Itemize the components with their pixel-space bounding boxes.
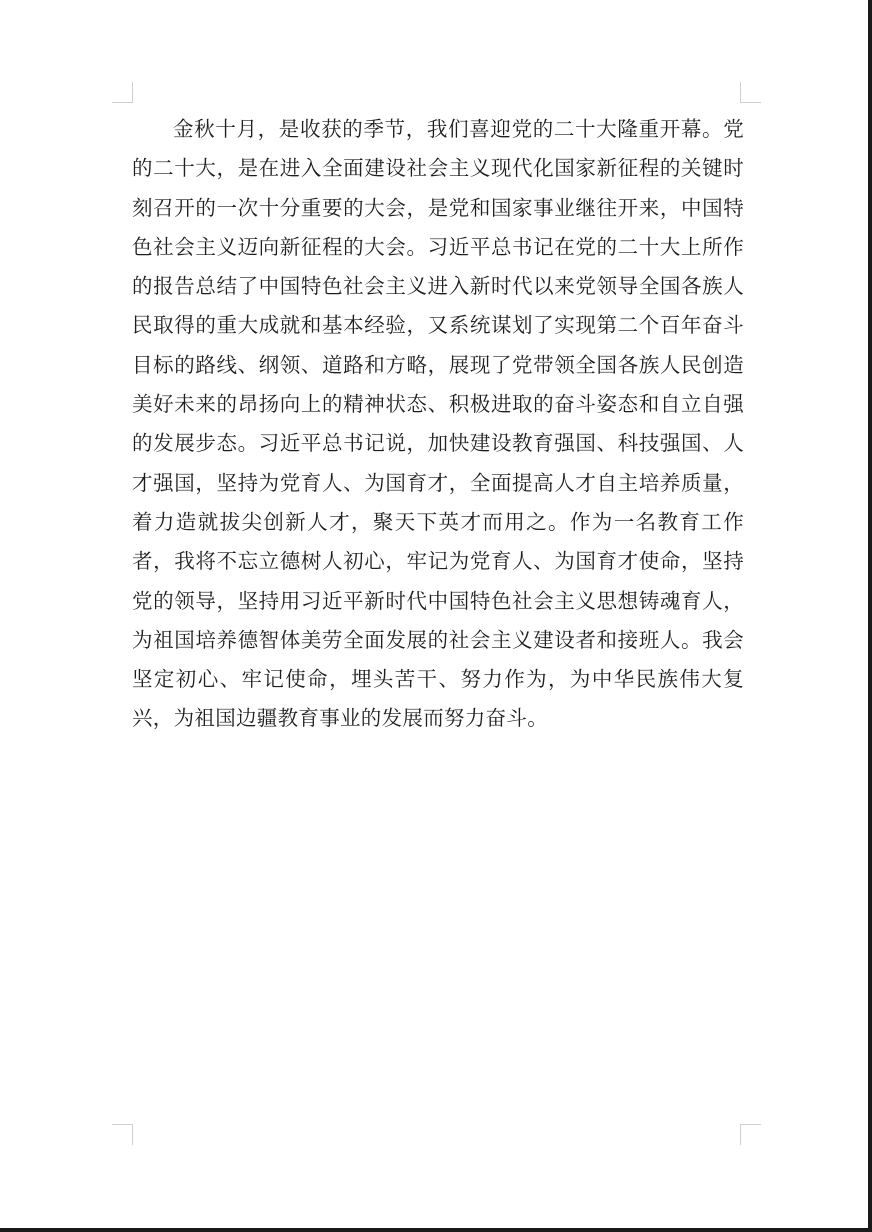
margin-corner-top-left [112, 82, 133, 103]
margin-corner-top-right [740, 82, 761, 103]
document-page: 金秋十月，是收获的季节，我们喜迎党的二十大隆重开幕。党的二十大，是在进入全面建设… [0, 0, 872, 1232]
margin-corner-bottom-left [112, 1124, 133, 1145]
body-paragraph[interactable]: 金秋十月，是收获的季节，我们喜迎党的二十大隆重开幕。党的二十大，是在进入全面建设… [132, 110, 744, 739]
margin-corner-bottom-right [740, 1124, 761, 1145]
